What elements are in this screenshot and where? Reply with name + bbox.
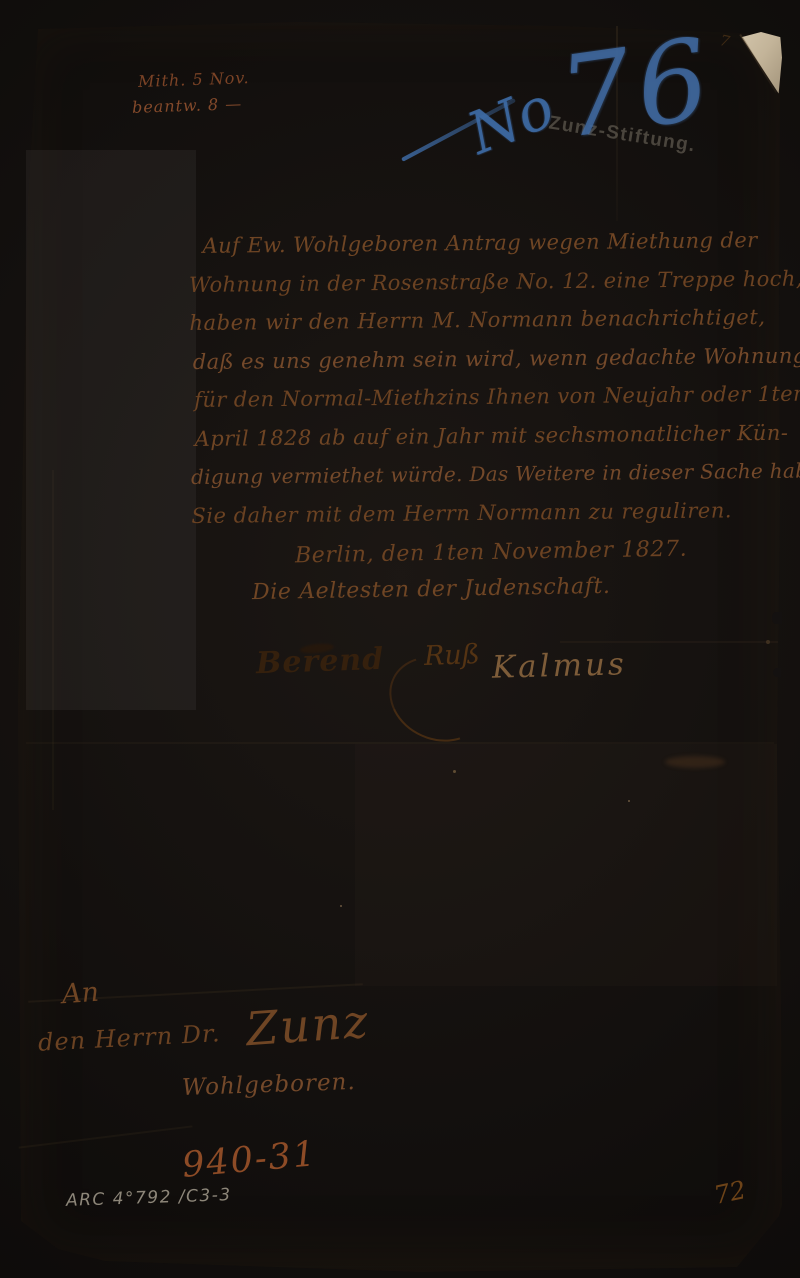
body-line: digung vermiethet würde. Das Weitere in … (191, 452, 766, 497)
blue-registry-number: 76 (552, 14, 723, 164)
body-line: April 1828 ab auf ein Jahr mit sechsmona… (194, 413, 769, 458)
received-note-line2: beantw. 8 — (132, 94, 243, 117)
body-line: Auf Ew. Wohlgeboren Antrag wegen Miethun… (202, 221, 777, 266)
body-line: Wohnung in der Rosenstraße No. 12. eine … (189, 259, 764, 304)
body-line: haben wir den Herrn M. Normann benachric… (189, 298, 764, 343)
letter-paper (0, 0, 800, 1278)
archival-photo: Mith. 5 Nov. beantw. 8 — Zunz-Stiftung. … (0, 0, 800, 1278)
address-to: An (61, 977, 100, 1010)
body-line: für den Normal-Miethzins Ihnen von Neuja… (194, 375, 769, 420)
signature-kalmus: Kalmus (492, 646, 628, 686)
address-name: Zunz (244, 994, 371, 1056)
signature-berend: Berend (255, 642, 384, 681)
body-line: Sie daher mit dem Herrn Normann zu regul… (191, 490, 766, 535)
body-line: daß es uns genehm sein wird, wenn gedach… (193, 336, 768, 381)
signature-russ: Ruß (423, 639, 480, 672)
letter-body: Auf Ew. Wohlgeboren Antrag wegen Miethun… (188, 221, 766, 535)
received-note-line1: Mith. 5 Nov. (138, 68, 250, 91)
